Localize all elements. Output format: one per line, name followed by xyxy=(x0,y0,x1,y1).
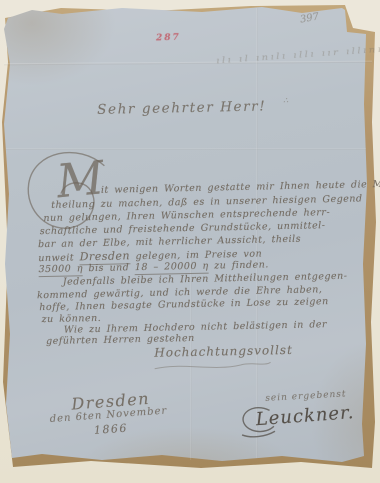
price-end: zu finden. xyxy=(209,259,269,271)
salutation: Sehr geehrter Herr! xyxy=(97,98,266,118)
closing-formula: Hochachtungsvollst xyxy=(154,343,293,360)
price-amount: 35000 η xyxy=(38,263,83,277)
letter-body: Sehr geehrter Herr! ∴ M it wenigen Worte… xyxy=(0,0,380,483)
price-mid: bis und xyxy=(83,262,135,274)
salutation-mark: ∴ xyxy=(283,96,288,105)
body-line: Wie zu Ihrem Hochdero nicht belästigen i… xyxy=(64,319,327,336)
place-pre: unweit xyxy=(38,252,80,264)
signoff: sein ergebenst xyxy=(265,389,347,404)
dateline-year: 1866 xyxy=(93,421,128,436)
closing-flourish xyxy=(152,358,272,375)
